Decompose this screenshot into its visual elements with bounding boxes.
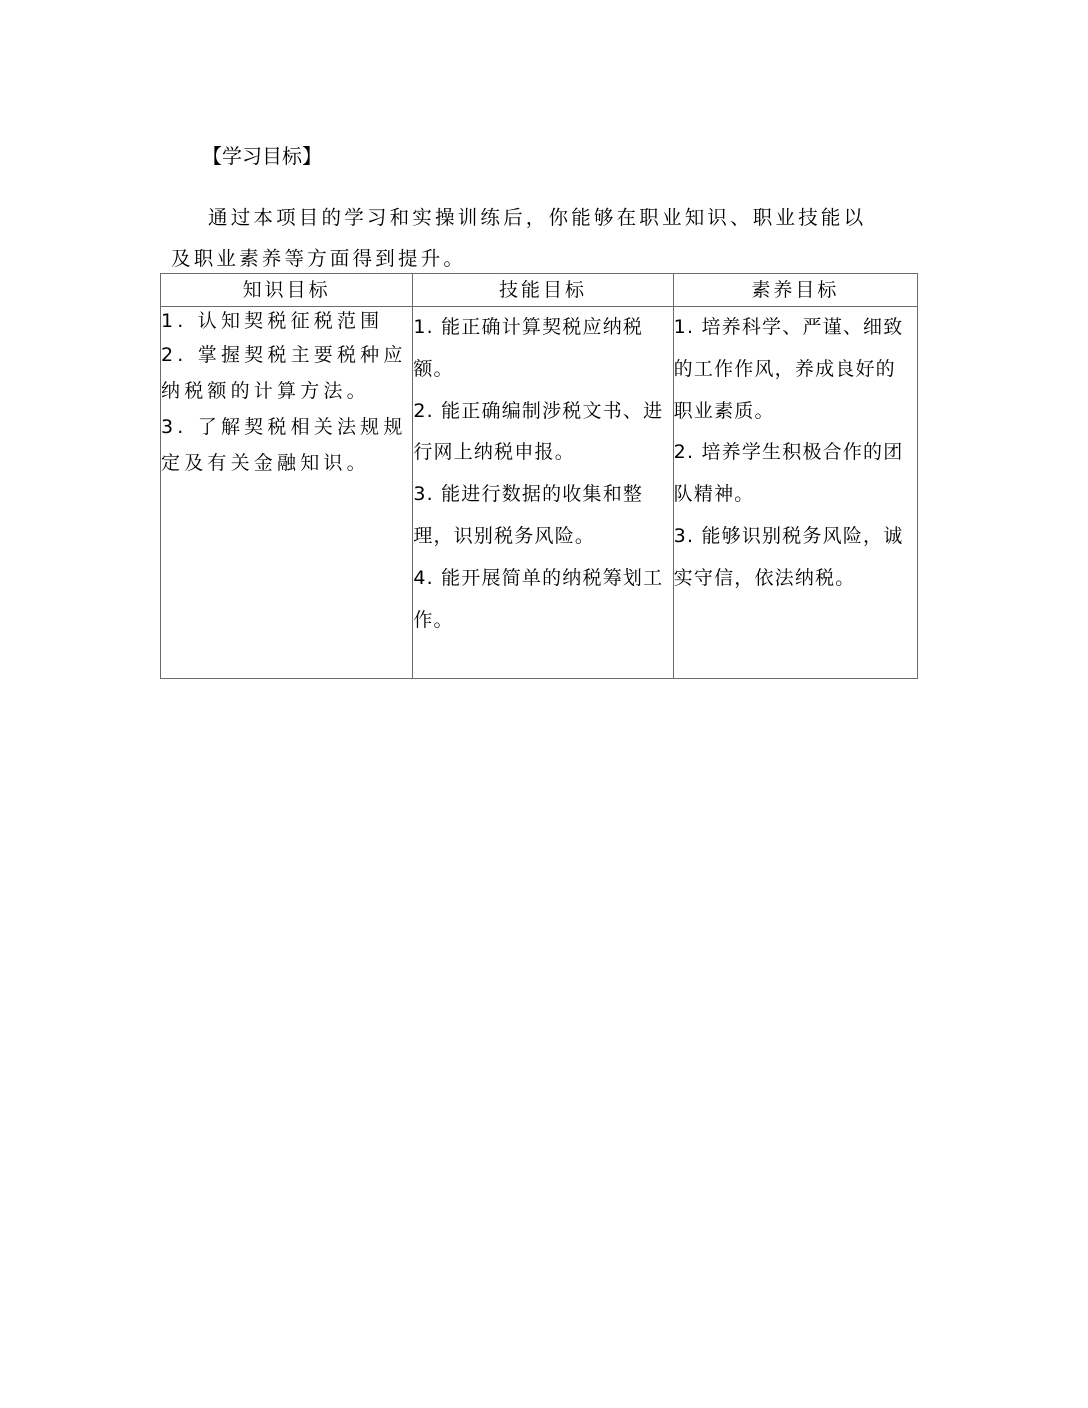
skill-line: 作。 [413, 600, 672, 642]
skill-line: 4. 能开展简单的纳税筹划工 [413, 558, 672, 600]
knowledge-line: 纳税额的计算方法。 [161, 373, 412, 409]
quality-line: 3. 能够识别税务风险，诚 [674, 516, 917, 558]
knowledge-line: 3. 了解契税相关法规规 [161, 409, 412, 445]
quality-goals-cell: 1. 培养科学、严谨、细致 的工作作风，养成良好的 职业素质。 2. 培养学生积… [673, 307, 917, 679]
knowledge-line: 定及有关金融知识。 [161, 445, 412, 481]
skill-line: 3. 能进行数据的收集和整 [413, 474, 672, 516]
quality-line: 2. 培养学生积极合作的团 [674, 432, 917, 474]
skill-line: 理，识别税务风险。 [413, 516, 672, 558]
skill-line: 行网上纳税申报。 [413, 432, 672, 474]
quality-line: 职业素质。 [674, 391, 917, 433]
knowledge-line: 1. 认知契税征税范围 [161, 307, 412, 335]
skill-line: 1. 能正确计算契税应纳税 [413, 307, 672, 349]
skill-goals-cell: 1. 能正确计算契税应纳税 额。 2. 能正确编制涉税文书、进 行网上纳税申报。… [413, 307, 673, 679]
table-header-row: 知识目标 技能目标 素养目标 [161, 274, 918, 307]
quality-line: 队精神。 [674, 474, 917, 516]
header-skill-goals: 技能目标 [413, 274, 673, 307]
section-title: 【学习目标】 [202, 142, 322, 170]
knowledge-goals-cell: 1. 认知契税征税范围 2. 掌握契税主要税种应 纳税额的计算方法。 3. 了解… [161, 307, 413, 679]
intro-paragraph: 通过本项目的学习和实操训练后，你能够在职业知识、职业技能以 及职业素养等方面得到… [171, 197, 891, 279]
learning-goals-table: 知识目标 技能目标 素养目标 1. 认知契税征税范围 2. 掌握契税主要税种应 … [160, 273, 918, 679]
header-knowledge-goals: 知识目标 [161, 274, 413, 307]
intro-line-1: 通过本项目的学习和实操训练后，你能够在职业知识、职业技能以 [171, 197, 891, 238]
header-quality-goals: 素养目标 [673, 274, 917, 307]
table-row: 1. 认知契税征税范围 2. 掌握契税主要税种应 纳税额的计算方法。 3. 了解… [161, 307, 918, 679]
knowledge-line: 2. 掌握契税主要税种应 [161, 337, 412, 373]
quality-line: 实守信，依法纳税。 [674, 558, 917, 600]
quality-line: 1. 培养科学、严谨、细致 [674, 307, 917, 349]
skill-line: 额。 [413, 349, 672, 391]
quality-line: 的工作作风，养成良好的 [674, 349, 917, 391]
skill-line: 2. 能正确编制涉税文书、进 [413, 391, 672, 433]
